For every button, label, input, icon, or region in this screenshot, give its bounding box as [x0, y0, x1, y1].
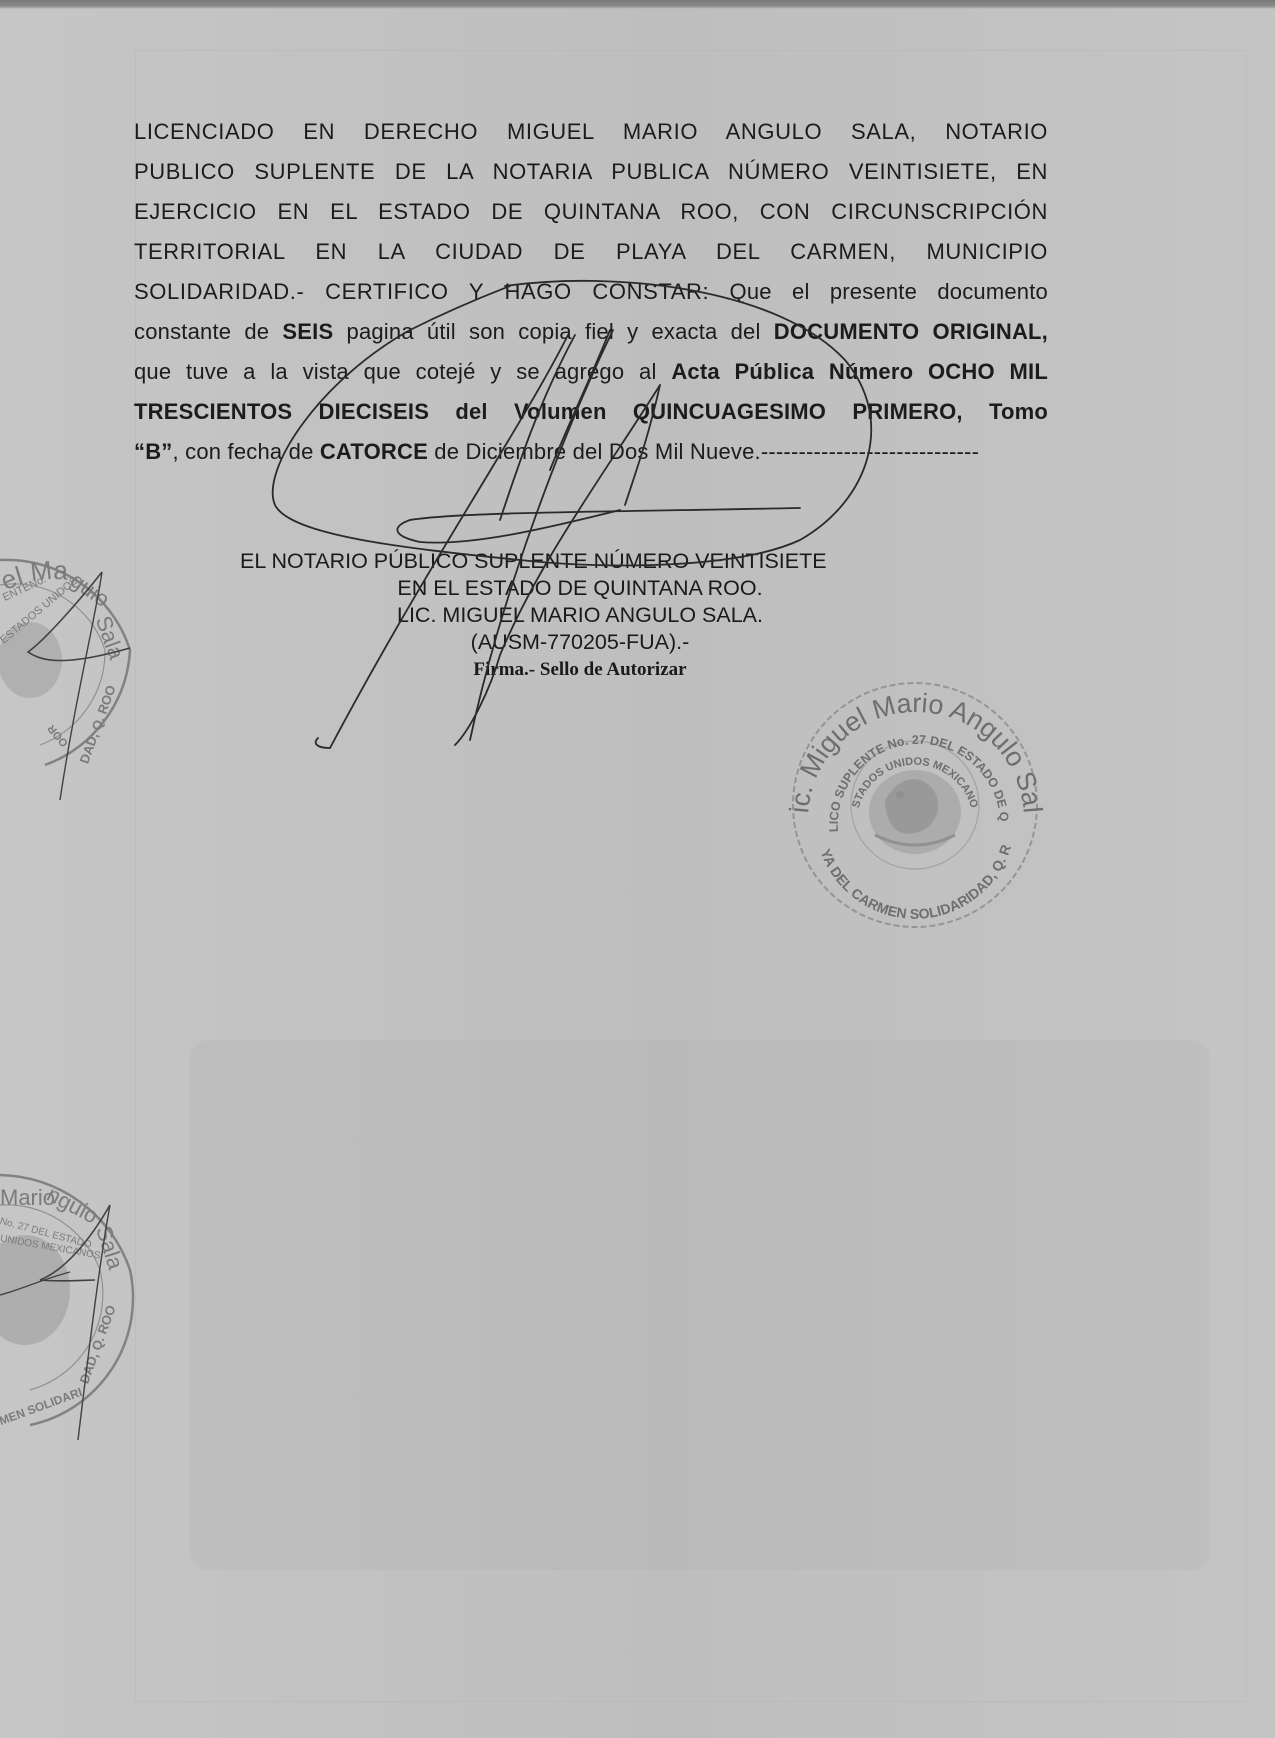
paragraph-line: SOLIDARIDAD.- CERTIFICO Y HAGO CONSTAR: …	[134, 272, 1048, 312]
notary-rfc-line: (AUSM-770205-FUA).-	[200, 629, 960, 656]
text-segment: de Diciembre del Dos Mil Nueve.---------…	[428, 439, 979, 464]
paragraph-line: EJERCICIO EN EL ESTADO DE QUINTANA ROO, …	[134, 192, 1048, 232]
bold-text: “B”	[134, 439, 173, 464]
bleed-through-shadow	[190, 1040, 1210, 1570]
text-segment: pagina útil son copia fiel y exacta del	[333, 319, 773, 344]
paragraph-line: TRESCIENTOS DIECISEIS del Volumen QUINCU…	[134, 392, 1048, 432]
scanned-page: LICENCIADO EN DERECHO MIGUEL MARIO ANGUL…	[0, 0, 1275, 1738]
paragraph-line: PUBLICO SUPLENTE DE LA NOTARIA PUBLICA N…	[134, 152, 1048, 192]
paragraph-line: que tuve a la vista que cotejé y se agre…	[134, 352, 1048, 392]
bold-text: SEIS	[282, 319, 333, 344]
previous-page-edge	[0, 9, 61, 1738]
bold-text: CATORCE	[320, 439, 428, 464]
notary-title-line: EL NOTARIO PÚBLICO SUPLENTE NÚMERO VEINT…	[200, 548, 960, 575]
signature-caption: Firma.- Sello de Autorizar	[200, 656, 960, 683]
text-segment: Que el presente documento	[709, 279, 1048, 304]
paragraph-line: TERRITORIAL EN LA CIUDAD DE PLAYA DEL CA…	[134, 232, 1048, 272]
paragraph-line: constante de SEIS pagina útil son copia …	[134, 312, 1048, 352]
notary-name-line: LIC. MIGUEL MARIO ANGULO SALA.	[200, 602, 960, 629]
bold-text: DOCUMENTO ORIGINAL,	[774, 319, 1048, 344]
notary-state-line: EN EL ESTADO DE QUINTANA ROO.	[200, 575, 960, 602]
text-segment: que tuve a la vista que cotejé y se agre…	[134, 359, 671, 384]
notary-signature-block: EL NOTARIO PÚBLICO SUPLENTE NÚMERO VEINT…	[200, 548, 960, 683]
text-segment: , con fecha de	[173, 439, 320, 464]
paragraph-line: “B”, con fecha de CATORCE de Diciembre d…	[134, 432, 1048, 472]
bold-text: TRESCIENTOS DIECISEIS del Volumen QUINCU…	[134, 399, 1048, 424]
text-segment: constante de	[134, 319, 282, 344]
bold-text: Acta Pública Número OCHO MIL	[671, 359, 1048, 384]
text-segment: TERRITORIAL EN LA CIUDAD DE PLAYA DEL CA…	[134, 239, 1048, 264]
certification-paragraph: LICENCIADO EN DERECHO MIGUEL MARIO ANGUL…	[134, 112, 1048, 472]
paragraph-line: LICENCIADO EN DERECHO MIGUEL MARIO ANGUL…	[134, 112, 1048, 152]
text-segment: EJERCICIO EN EL ESTADO DE QUINTANA ROO, …	[134, 199, 1048, 224]
text-segment: PUBLICO SUPLENTE DE LA NOTARIA PUBLICA N…	[134, 159, 1048, 184]
text-segment: LICENCIADO EN DERECHO MIGUEL MARIO ANGUL…	[134, 119, 1048, 144]
text-segment: SOLIDARIDAD.- CERTIFICO Y HAGO CONSTAR:	[134, 279, 709, 304]
